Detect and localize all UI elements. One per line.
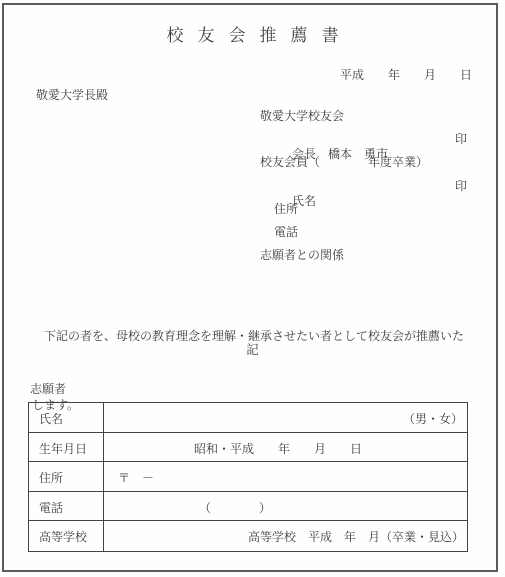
date-line: 平成 年 月 日 (340, 66, 472, 83)
row-value-highschool: 高等学校 平成 年 月（卒業・見込） (104, 521, 467, 551)
name-seal-mark: 印 (455, 177, 467, 194)
row-value-birthdate: 昭和・平成 年 月 日 (104, 433, 467, 462)
sender-member-line: 校友会員（ 年度卒業） (260, 153, 470, 176)
row-label-highschool: 高等学校 (29, 521, 104, 551)
row-value-address: 〒 － (104, 462, 467, 491)
sender-block: 敬愛大学校友会 会長 橋本 勇市 印 校友会員（ 年度卒業） 氏名 印 住所 電… (260, 107, 470, 269)
table-row-address: 住所 〒 － (29, 462, 467, 492)
applicant-section-label: 志願者 (30, 380, 66, 397)
table-row-highschool: 高等学校 高等学校 平成 年 月（卒業・見込） (29, 521, 467, 551)
sender-phone-line: 電話 (260, 223, 470, 246)
sender-name-line: 氏名 印 (260, 177, 470, 200)
sender-president-line: 会長 橋本 勇市 印 (260, 130, 470, 153)
row-value-phone: （ ） (104, 492, 467, 521)
row-label-address: 住所 (29, 462, 104, 491)
addressee-line: 敬愛大学長殿 (36, 86, 108, 103)
row-label-name: 氏名 (29, 403, 104, 432)
applicant-table: 氏名 （男・女） 生年月日 昭和・平成 年 月 日 住所 〒 － 電話 （ ） … (28, 402, 468, 552)
row-value-name: （男・女） (104, 403, 467, 432)
recommendation-form-page: 校友会推薦書 平成 年 月 日 敬愛大学長殿 敬愛大学校友会 会長 橋本 勇市 … (0, 0, 505, 577)
row-label-phone: 電話 (29, 492, 104, 521)
sender-address-line: 住所 (260, 200, 470, 223)
table-row-phone: 電話 （ ） (29, 492, 467, 522)
president-seal-mark: 印 (455, 130, 467, 147)
table-row-birthdate: 生年月日 昭和・平成 年 月 日 (29, 433, 467, 463)
row-label-birthdate: 生年月日 (29, 433, 104, 462)
table-row-name: 氏名 （男・女） (29, 403, 467, 433)
sender-org: 敬愛大学校友会 (260, 107, 470, 130)
document-title: 校友会推薦書 (0, 21, 505, 46)
sender-relation-line: 志願者との関係 (260, 246, 470, 269)
ki-separator: 記 (0, 340, 505, 358)
